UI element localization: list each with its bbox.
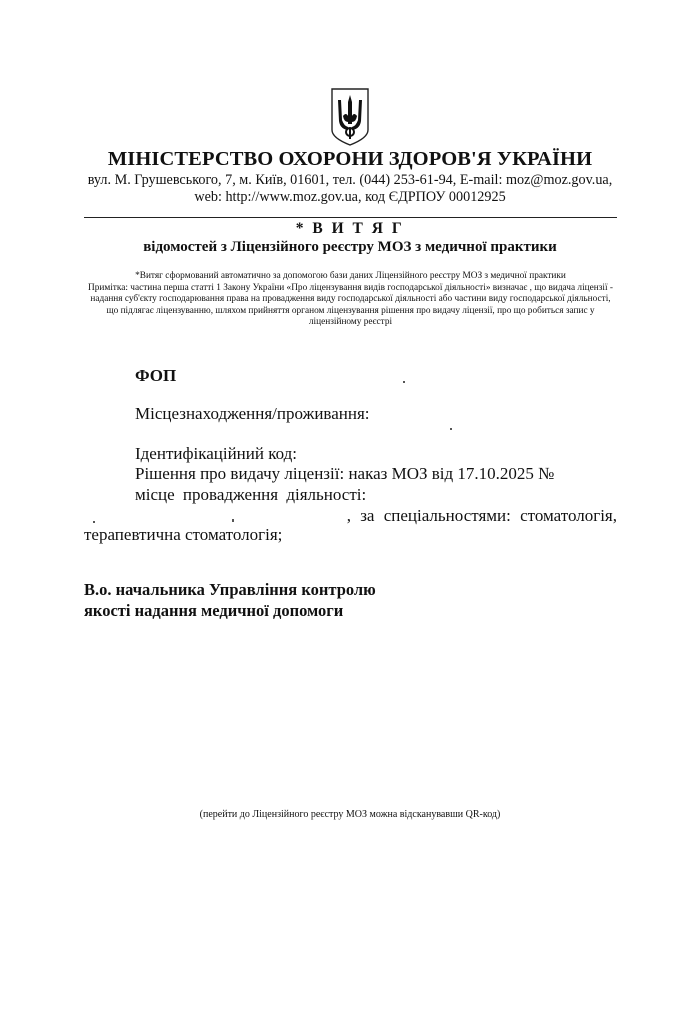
- qr-code-note: (перейти до Ліцензійного реєстру МОЗ мож…: [0, 809, 700, 820]
- address-line: вул. М. Грушевського, 7, м. Київ, 01601,…: [0, 172, 700, 189]
- specialties-line: , за спеціальностями: стоматологія,: [84, 506, 617, 526]
- web-line: web: http://www.moz.gov.ua, код ЄДРПОУ 0…: [0, 189, 700, 206]
- license-decision: Рішення про видачу ліцензії: наказ МОЗ в…: [135, 464, 554, 484]
- document-title: * В И Т Я Г: [0, 220, 700, 238]
- signatory-line-2: якості надання медичної допомоги: [84, 600, 376, 621]
- id-code-label: Ідентифікаційний код:: [135, 444, 297, 464]
- footnote-generated: *Витяг сформований автоматично за допомо…: [84, 271, 617, 283]
- document-subtitle: відомостей з Ліцензійного реєстру МОЗ з …: [0, 239, 700, 256]
- specialties-continuation: терапевтична стоматологія;: [84, 525, 282, 545]
- header-divider: [84, 217, 617, 218]
- location-label: Місцезнаходження/проживання:: [135, 404, 370, 424]
- signatory-line-1: В.о. начальника Управління контролю: [84, 579, 376, 600]
- signatory-title: В.о. начальника Управління контролю якос…: [84, 579, 376, 621]
- redaction-speck: [450, 428, 452, 430]
- fop-label: ФОП: [135, 366, 176, 386]
- footnote-block: *Витяг сформований автоматично за допомо…: [84, 271, 617, 329]
- redaction-speck: [403, 381, 405, 383]
- ministry-contacts: вул. М. Грушевського, 7, м. Київ, 01601,…: [0, 172, 700, 206]
- ukraine-trident-emblem-icon: [329, 86, 371, 148]
- ministry-name: МІНІСТЕРСТВО ОХОРОНИ ЗДОРОВ'Я УКРАЇНИ: [0, 148, 700, 171]
- footnote-remark: Примітка: частина перша статті 1 Закону …: [84, 283, 617, 329]
- activity-place-label: місце провадження діяльності:: [135, 485, 366, 505]
